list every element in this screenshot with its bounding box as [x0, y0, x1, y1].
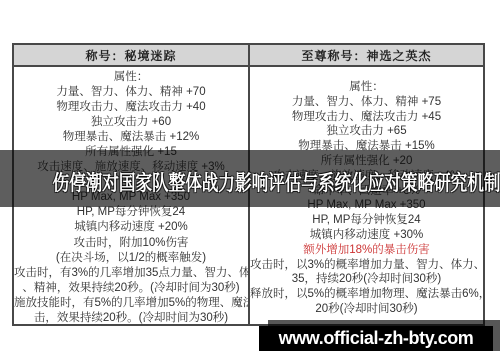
attribute-line: 击，效果持续20秒。(冷却时间为30秒)	[14, 311, 248, 324]
watermark-url: www.official-zh-bty.com	[279, 328, 474, 349]
right-panel-header: 至尊称号：神选之英杰	[250, 45, 483, 65]
attribute-line: 释放时，以5%的概率增加物理、魔法暴击6%，持续	[250, 287, 483, 302]
attribute-line: 、精神，效果持续20秒。(冷却时间为30秒)	[14, 281, 248, 296]
attribute-line: (在决斗场，以1/2的概率触发)	[14, 251, 248, 266]
attribute-line: 城镇内移动速度 +30%	[250, 228, 483, 243]
headline-overlay-band: 伤停潮对国家队整体战力影响评估与系统化应对策略研究机制与路径	[0, 150, 500, 207]
attribute-line: 物理攻击力、魔法攻击力 +40	[14, 100, 248, 115]
attribute-line: HP, MP每分钟恢复24	[250, 213, 483, 228]
attribute-line: 城镇内移动速度 +20%	[14, 220, 248, 235]
left-panel-header: 称号：秘境迷踪	[14, 45, 250, 65]
headline-text: 伤停潮对国家队整体战力影响评估与系统化应对策略研究机制与路径	[53, 173, 448, 195]
attribute-line: 攻击时，以3%的概率增加力量、智力、体力、精神	[250, 258, 483, 273]
attribute-line: 施放技能时，有5%的几率增加5%的物理、魔法暴	[14, 296, 248, 311]
attribute-line: 独立攻击力 +65	[250, 124, 483, 139]
watermark-box: www.official-zh-bty.com	[259, 326, 493, 351]
attribute-line: 力量、智力、体力、精神 +75	[250, 95, 483, 110]
attribute-line: 属性：	[14, 70, 248, 85]
attribute-line: 物理暴击、魔法暴击 +12%	[14, 130, 248, 145]
attribute-line: 力量、智力、体力、精神 +70	[14, 85, 248, 100]
attribute-line: 属性：	[250, 80, 483, 95]
attribute-line: 额外增加18%的暴击伤害	[250, 243, 483, 258]
attribute-line: 物理攻击力、魔法攻击力 +45	[250, 110, 483, 125]
attribute-line: 20秒(冷却时间30秒)	[250, 302, 483, 317]
screenshot-root: 称号：秘境迷踪 至尊称号：神选之英杰 属性：力量、智力、体力、精神 +70物理攻…	[0, 0, 500, 362]
table-header-row: 称号：秘境迷踪 至尊称号：神选之英杰	[14, 45, 483, 67]
attribute-line: 攻击时，有3%的几率增加35点力量、智力、体力	[14, 266, 248, 281]
attribute-line: HP, MP每分钟恢复24	[14, 205, 248, 220]
attribute-line: 35，持续20秒(冷却时间30秒)	[250, 272, 483, 287]
attribute-line: 攻击时，附加10%伤害	[14, 236, 248, 251]
attribute-line: 独立攻击力 +60	[14, 115, 248, 130]
